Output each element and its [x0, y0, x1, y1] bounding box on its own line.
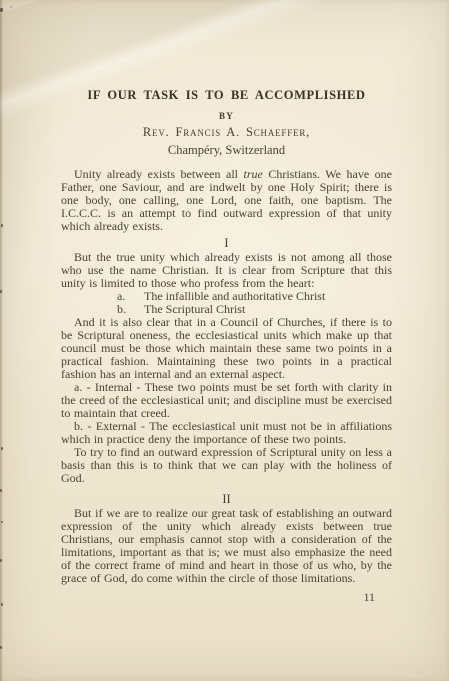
scan-speck	[1, 224, 3, 227]
paragraph-text: Unity already exists between all	[74, 167, 244, 181]
creed-list: a.The infallible and authoritative Chris…	[61, 290, 392, 316]
paragraph-internal: a. - Internal - These two points must be…	[61, 381, 392, 420]
section-numeral-1: I	[61, 237, 392, 250]
list-text: The Scriptural Christ	[144, 302, 245, 316]
article-title: IF OUR TASK IS TO BE ACCOMPLISHED	[61, 89, 392, 102]
paragraph: But the true unity which already exists …	[61, 251, 392, 290]
scan-speck	[10, 6, 12, 8]
section-numeral-2: II	[61, 493, 392, 506]
paragraph-external: b. - External - The ecclesiastical unit …	[61, 420, 392, 446]
author-location: Champéry, Switzerland	[61, 143, 392, 157]
byline: BY	[61, 111, 392, 121]
paragraph-intro: Unity already exists between all true Ch…	[61, 168, 392, 233]
emphasized-word: true	[244, 167, 263, 181]
scan-speck	[0, 559, 2, 562]
list-text: The infallible and authoritative Christ	[144, 289, 325, 303]
scanned-page: IF OUR TASK IS TO BE ACCOMPLISHED BY Rev…	[0, 0, 449, 681]
scan-speck	[0, 489, 2, 492]
left-edge-shadow	[0, 0, 3, 681]
paragraph: To try to find an outward expression of …	[61, 446, 392, 485]
text-block: IF OUR TASK IS TO BE ACCOMPLISHED BY Rev…	[61, 0, 392, 604]
scan-speck	[1, 447, 3, 450]
paragraph: And it is also clear that in a Council o…	[61, 316, 392, 381]
scan-speck	[0, 290, 2, 293]
paragraph: But if we are to realize our great task …	[61, 507, 392, 585]
scan-speck	[1, 521, 3, 523]
page-number: 11	[61, 591, 392, 604]
scan-speck	[0, 8, 3, 12]
scan-speck	[0, 646, 2, 649]
author-name: Rev. Francis A. Schaeffer,	[61, 126, 392, 139]
scan-speck	[1, 603, 3, 606]
